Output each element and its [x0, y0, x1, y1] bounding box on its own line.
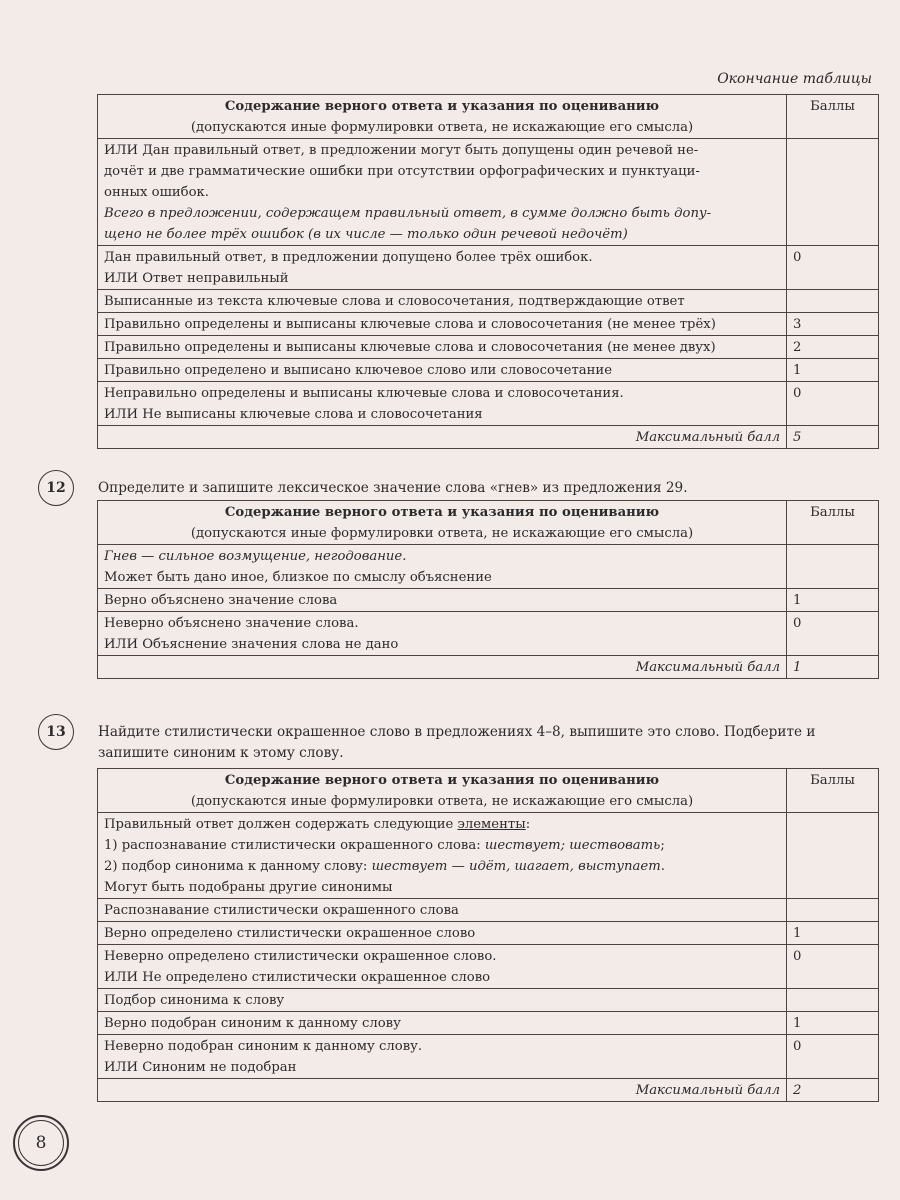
criterion-cell: Неправильно определены и выписаны ключев… [98, 382, 787, 426]
table-row: ИЛИ Дан правильный ответ, в предложении … [98, 139, 879, 246]
page-number: 8 [18, 1120, 64, 1166]
criterion-cell: Дан правильный ответ, в предложении допу… [98, 246, 787, 290]
criterion-line: 1) распознавание стилистически окрашенно… [104, 835, 780, 856]
score-cell [787, 989, 879, 1012]
criterion-line: ИЛИ Не выписаны ключевые слова и словосо… [104, 404, 780, 425]
table-section-row: Выписанные из текста ключевые слова и сл… [98, 290, 879, 313]
table-row: Распознавание стилистически окрашенного … [98, 899, 879, 922]
criterion-line: Неверно подобран синоним к данному слову… [104, 1036, 780, 1057]
criterion-line: ИЛИ Ответ неправильный [104, 268, 780, 289]
criterion-cell: Верно подобран синоним к данному слову [98, 1012, 787, 1035]
header-content: Содержание верного ответа и указания по … [98, 769, 787, 813]
criterion-line: Верно подобран синоним к данному слову [104, 1013, 780, 1034]
table-row: Верно определено стилистически окрашенно… [98, 922, 879, 945]
criterion-line: Правильно определены и выписаны ключевые… [104, 337, 780, 358]
task-13: 13 Найдите стилистически окрашенное слов… [38, 722, 883, 764]
score-cell [787, 813, 879, 899]
table-row: Верно объяснено значение слова1 [98, 589, 879, 612]
criterion-cell: ИЛИ Дан правильный ответ, в предложении … [98, 139, 787, 246]
table-row: Правильно определены и выписаны ключевые… [98, 313, 879, 336]
task-question-line: Найдите стилистически окрашенное слово в… [98, 722, 815, 743]
header-content: Содержание верного ответа и указания по … [98, 95, 787, 139]
criterion-line: ИЛИ Синоним не подобран [104, 1057, 780, 1078]
criterion-line: Верно объяснено значение слова [104, 590, 780, 611]
max-score-value: 5 [787, 426, 879, 449]
criterion-line: Может быть дано иное, близкое по смыслу … [104, 567, 780, 588]
criterion-cell: Подбор синонима к слову [98, 989, 787, 1012]
table-row: Неверно определено стилистически окрашен… [98, 945, 879, 989]
header-content-note: (допускаются иные формулировки ответа, н… [104, 791, 780, 812]
score-cell: 0 [787, 945, 879, 989]
criterion-cell: Правильно определено и выписано ключевое… [98, 359, 787, 382]
page-number-badge: 8 [13, 1115, 69, 1171]
criterion-cell: Правильно определены и выписаны ключевые… [98, 336, 787, 359]
header-content-title: Содержание верного ответа и указания по … [104, 96, 780, 117]
score-cell: 3 [787, 313, 879, 336]
grading-table-task-11: Содержание верного ответа и указания по … [97, 94, 879, 449]
table-header-row: Содержание верного ответа и указания по … [98, 501, 879, 545]
table-row: Верно подобран синоним к данному слову1 [98, 1012, 879, 1035]
score-cell [787, 545, 879, 589]
task-number-badge: 12 [38, 470, 74, 506]
criterion-line: Неверно объяснено значение слова. [104, 613, 780, 634]
criterion-line: Правильно определено и выписано ключевое… [104, 360, 780, 381]
score-cell [787, 139, 879, 246]
criterion-cell: Верно определено стилистически окрашенно… [98, 922, 787, 945]
table-row: Правильно определено и выписано ключевое… [98, 359, 879, 382]
criterion-line: дочёт и две грамматические ошибки при от… [104, 161, 780, 182]
task-question: Найдите стилистически окрашенное слово в… [98, 722, 815, 764]
task-number-badge: 13 [38, 714, 74, 750]
header-content-title: Содержание верного ответа и указания по … [104, 502, 780, 523]
grading-table-task-13: Содержание верного ответа и указания по … [97, 768, 879, 1102]
grading-table-task-12: Содержание верного ответа и указания по … [97, 500, 879, 679]
score-cell: 1 [787, 1012, 879, 1035]
table-header-row: Содержание верного ответа и указания по … [98, 769, 879, 813]
max-score-row: Максимальный балл5 [98, 426, 879, 449]
criterion-cell: Неверно подобран синоним к данному слову… [98, 1035, 787, 1079]
criterion-line: ИЛИ Объяснение значения слова не дано [104, 634, 780, 655]
criterion-line: щено не более трёх ошибок (в их числе — … [104, 224, 780, 245]
criterion-cell: Неверно объяснено значение слова.ИЛИ Объ… [98, 612, 787, 656]
score-cell: 0 [787, 612, 879, 656]
criterion-line: ИЛИ Не определено стилистически окрашенн… [104, 967, 780, 988]
criterion-line: Всего в предложении, содержащем правильн… [104, 203, 780, 224]
criterion-cell: Правильный ответ должен содержать следую… [98, 813, 787, 899]
header-content-note: (допускаются иные формулировки ответа, н… [104, 523, 780, 544]
header-score: Баллы [787, 95, 879, 139]
table-row: Неправильно определены и выписаны ключев… [98, 382, 879, 426]
table-header-row: Содержание верного ответа и указания по … [98, 95, 879, 139]
table-row: Правильный ответ должен содержать следую… [98, 813, 879, 899]
header-content-note: (допускаются иные формулировки ответа, н… [104, 117, 780, 138]
table-row: Неверно объяснено значение слова.ИЛИ Объ… [98, 612, 879, 656]
criterion-line: Выписанные из текста ключевые слова и сл… [104, 291, 780, 312]
task-question-line: запишите синоним к этому слову. [98, 743, 815, 764]
criterion-line: Гнев — сильное возмущение, негодование. [104, 546, 780, 567]
criterion-cell: Правильно определены и выписаны ключевые… [98, 313, 787, 336]
score-cell: 2 [787, 336, 879, 359]
criterion-line: Верно определено стилистически окрашенно… [104, 923, 780, 944]
table-continuation-label: Окончание таблицы [717, 71, 872, 87]
criterion-cell: Неверно определено стилистически окрашен… [98, 945, 787, 989]
score-cell: 0 [787, 1035, 879, 1079]
criterion-line: Дан правильный ответ, в предложении допу… [104, 247, 780, 268]
criterion-line: Правильный ответ должен содержать следую… [104, 814, 780, 835]
criterion-line: ИЛИ Дан правильный ответ, в предложении … [104, 140, 780, 161]
table-row: Дан правильный ответ, в предложении допу… [98, 246, 879, 290]
criterion-cell: Выписанные из текста ключевые слова и сл… [98, 290, 787, 313]
max-score-row: Максимальный балл2 [98, 1079, 879, 1102]
score-cell: 1 [787, 589, 879, 612]
criterion-cell: Гнев — сильное возмущение, негодование.М… [98, 545, 787, 589]
max-score-value: 2 [787, 1079, 879, 1102]
max-score-label: Максимальный балл [98, 426, 787, 449]
criterion-line: онных ошибок. [104, 182, 780, 203]
header-score: Баллы [787, 769, 879, 813]
criterion-line: Неверно определено стилистически окрашен… [104, 946, 780, 967]
max-score-value: 1 [787, 656, 879, 679]
criterion-line: Неправильно определены и выписаны ключев… [104, 383, 780, 404]
criterion-line: Подбор синонима к слову [104, 990, 780, 1011]
header-score: Баллы [787, 501, 879, 545]
table-row: Неверно подобран синоним к данному слову… [98, 1035, 879, 1079]
max-score-row: Максимальный балл1 [98, 656, 879, 679]
score-cell [787, 899, 879, 922]
score-cell: 0 [787, 382, 879, 426]
max-score-label: Максимальный балл [98, 1079, 787, 1102]
criterion-line: 2) подбор синонима к данному слову: шест… [104, 856, 780, 877]
table-row: Подбор синонима к слову [98, 989, 879, 1012]
header-content: Содержание верного ответа и указания по … [98, 501, 787, 545]
table-row: Гнев — сильное возмущение, негодование.М… [98, 545, 879, 589]
score-cell: 1 [787, 922, 879, 945]
criterion-line: Распознавание стилистически окрашенного … [104, 900, 780, 921]
score-cell [787, 290, 879, 313]
score-cell: 0 [787, 246, 879, 290]
score-cell: 1 [787, 359, 879, 382]
header-content-title: Содержание верного ответа и указания по … [104, 770, 780, 791]
criterion-cell: Распознавание стилистически окрашенного … [98, 899, 787, 922]
task-question: Определите и запишите лексическое значен… [98, 478, 688, 499]
table-row: Правильно определены и выписаны ключевые… [98, 336, 879, 359]
max-score-label: Максимальный балл [98, 656, 787, 679]
criterion-cell: Верно объяснено значение слова [98, 589, 787, 612]
criterion-line: Правильно определены и выписаны ключевые… [104, 314, 780, 335]
criterion-line: Могут быть подобраны другие синонимы [104, 877, 780, 898]
